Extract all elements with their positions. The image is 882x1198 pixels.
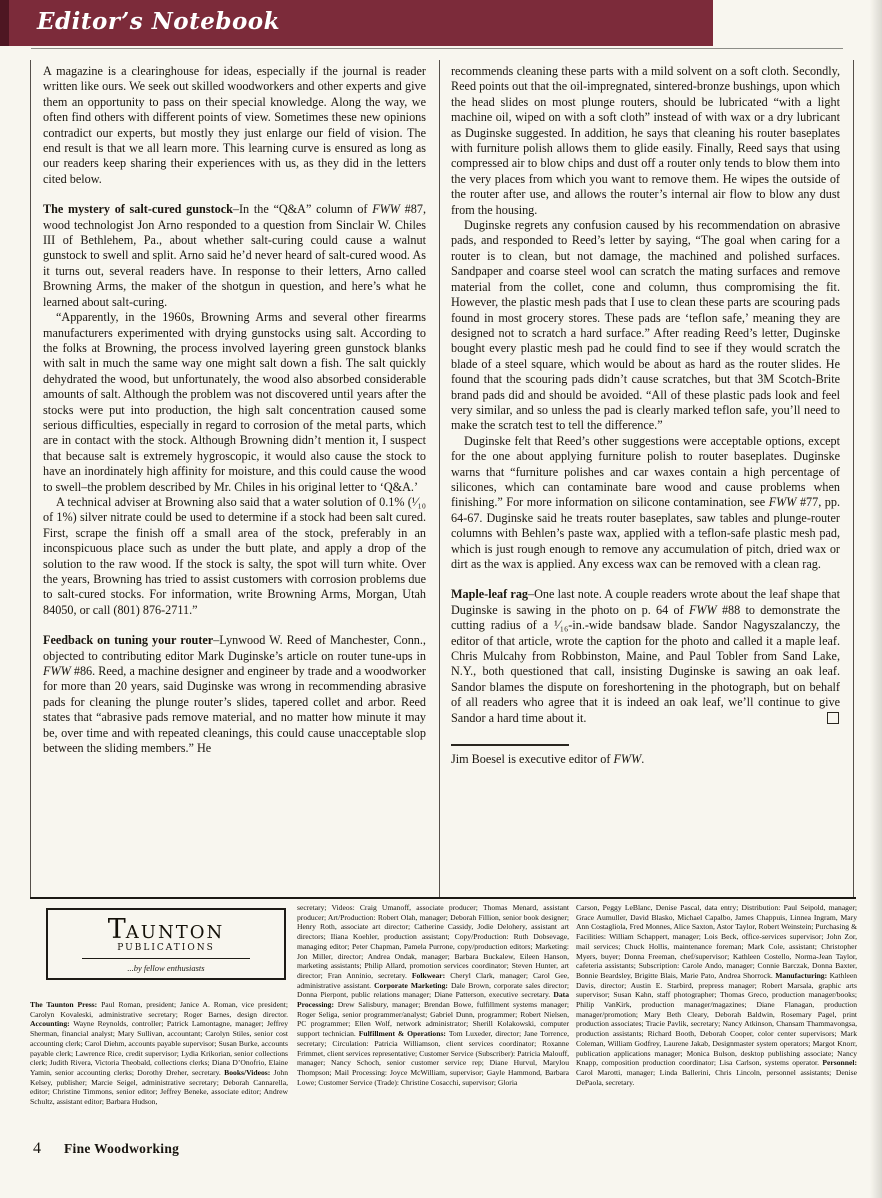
run-text: Duginske regrets any confusion caused by… bbox=[451, 218, 840, 432]
column-rule-left bbox=[30, 60, 31, 898]
page-right-edge-shade bbox=[870, 0, 882, 1198]
run-bold: Corporate Marketing: bbox=[374, 981, 451, 990]
masthead-rule bbox=[30, 897, 856, 899]
logo-subtitle: PUBLICATIONS bbox=[48, 943, 284, 953]
masthead-column-3: Carson, Peggy LeBlanc, Denise Pascal, da… bbox=[576, 903, 857, 1087]
run-text: A technical adviser at Browning also sai… bbox=[43, 495, 426, 617]
logo-title-rest: AUNTON bbox=[126, 922, 224, 943]
run-text: –In the “Q&A” column of bbox=[233, 202, 372, 216]
run-italic: FWW bbox=[769, 495, 797, 509]
run-text: #86. Reed, a machine designer and engine… bbox=[43, 664, 426, 755]
article-paragraph: Feedback on tuning your router–Lynwood W… bbox=[43, 633, 426, 756]
run-text: recommends cleaning these parts with a m… bbox=[451, 64, 840, 217]
run-bold: Accounting: bbox=[30, 1019, 73, 1028]
taunton-publications-logo: TAUNTON PUBLICATIONS ...by fellow enthus… bbox=[46, 908, 286, 980]
byline-rule bbox=[451, 744, 569, 746]
page-footer: 4Fine Woodworking bbox=[33, 1140, 179, 1158]
article-paragraph: A technical adviser at Browning also sai… bbox=[43, 495, 426, 618]
run-bold: The mystery of salt-cured gunstock bbox=[43, 202, 233, 216]
run-text: Carson, Peggy LeBlanc, Denise Pascal, da… bbox=[576, 903, 857, 980]
column-rule-right bbox=[853, 60, 854, 898]
article-left-column: A magazine is a clearinghouse for ideas,… bbox=[43, 64, 426, 756]
run-bold: The Taunton Press: bbox=[30, 1000, 101, 1009]
run-italic: FWW bbox=[372, 202, 400, 216]
section-title: Editor’s Notebook bbox=[37, 8, 280, 35]
byline: Jim Boesel is executive editor of FWW. bbox=[451, 752, 840, 767]
logo-tagline: ...by fellow enthusiasts bbox=[48, 963, 284, 973]
run-text: A magazine is a clearinghouse for ideas,… bbox=[43, 64, 426, 186]
article-paragraph: Duginske felt that Reed’s other suggesti… bbox=[451, 434, 840, 573]
run-text: Jim Boesel is executive editor of bbox=[451, 752, 613, 766]
logo-initial: T bbox=[108, 914, 126, 945]
article-paragraph: A magazine is a clearinghouse for ideas,… bbox=[43, 64, 426, 187]
run-italic: FWW bbox=[43, 664, 71, 678]
run-bold: Feedback on tuning your router bbox=[43, 633, 213, 647]
run-bold: Fulfillment & Operations: bbox=[359, 1029, 449, 1038]
end-of-article-mark bbox=[827, 712, 839, 724]
run-bold: Personnel: bbox=[822, 1058, 857, 1067]
run-bold: Maple-leaf rag bbox=[451, 587, 528, 601]
run-text: Carol Marotti, manager; Linda Ballerini,… bbox=[576, 1068, 857, 1087]
run-text: #88 to demonstrate the cutting radius of… bbox=[451, 603, 840, 725]
article-paragraph: Duginske regrets any confusion caused by… bbox=[451, 218, 840, 434]
magazine-page: Editor’s Notebook A magazine is a cleari… bbox=[0, 0, 882, 1198]
page-number: 4 bbox=[33, 1140, 41, 1157]
run-text: secretary; Videos: Craig Umanoff, associ… bbox=[297, 903, 569, 980]
logo-divider bbox=[82, 958, 250, 959]
run-bold: Manufacturing: bbox=[775, 971, 829, 980]
article-paragraph: recommends cleaning these parts with a m… bbox=[451, 64, 840, 218]
article-paragraph: “Apparently, in the 1960s, Browning Arms… bbox=[43, 310, 426, 495]
article-paragraph: The mystery of salt-cured gunstock–In th… bbox=[43, 202, 426, 310]
logo-title: TAUNTON bbox=[48, 916, 284, 943]
run-italic: FWW bbox=[613, 752, 641, 766]
magazine-title: Fine Woodworking bbox=[64, 1141, 179, 1156]
masthead-column-1: The Taunton Press: Paul Roman, president… bbox=[30, 1000, 288, 1107]
run-text: . bbox=[641, 752, 644, 766]
top-rule bbox=[31, 48, 843, 49]
article-right-column: recommends cleaning these parts with a m… bbox=[451, 64, 840, 767]
run-text: Kathleen Davis, director; Austin E. Star… bbox=[576, 971, 857, 1067]
run-text: #87, wood technologist Jon Arno responde… bbox=[43, 202, 426, 308]
run-bold: Books/Videos: bbox=[224, 1068, 273, 1077]
column-rule-center bbox=[439, 60, 440, 898]
banner-left-edge bbox=[0, 0, 9, 46]
masthead-column-2: secretary; Videos: Craig Umanoff, associ… bbox=[297, 903, 569, 1087]
run-bold: Folkwear: bbox=[412, 971, 450, 980]
run-text: “Apparently, in the 1960s, Browning Arms… bbox=[43, 310, 426, 493]
article-paragraph: Maple-leaf rag–One last note. A couple r… bbox=[451, 587, 840, 726]
run-italic: FWW bbox=[689, 603, 717, 617]
